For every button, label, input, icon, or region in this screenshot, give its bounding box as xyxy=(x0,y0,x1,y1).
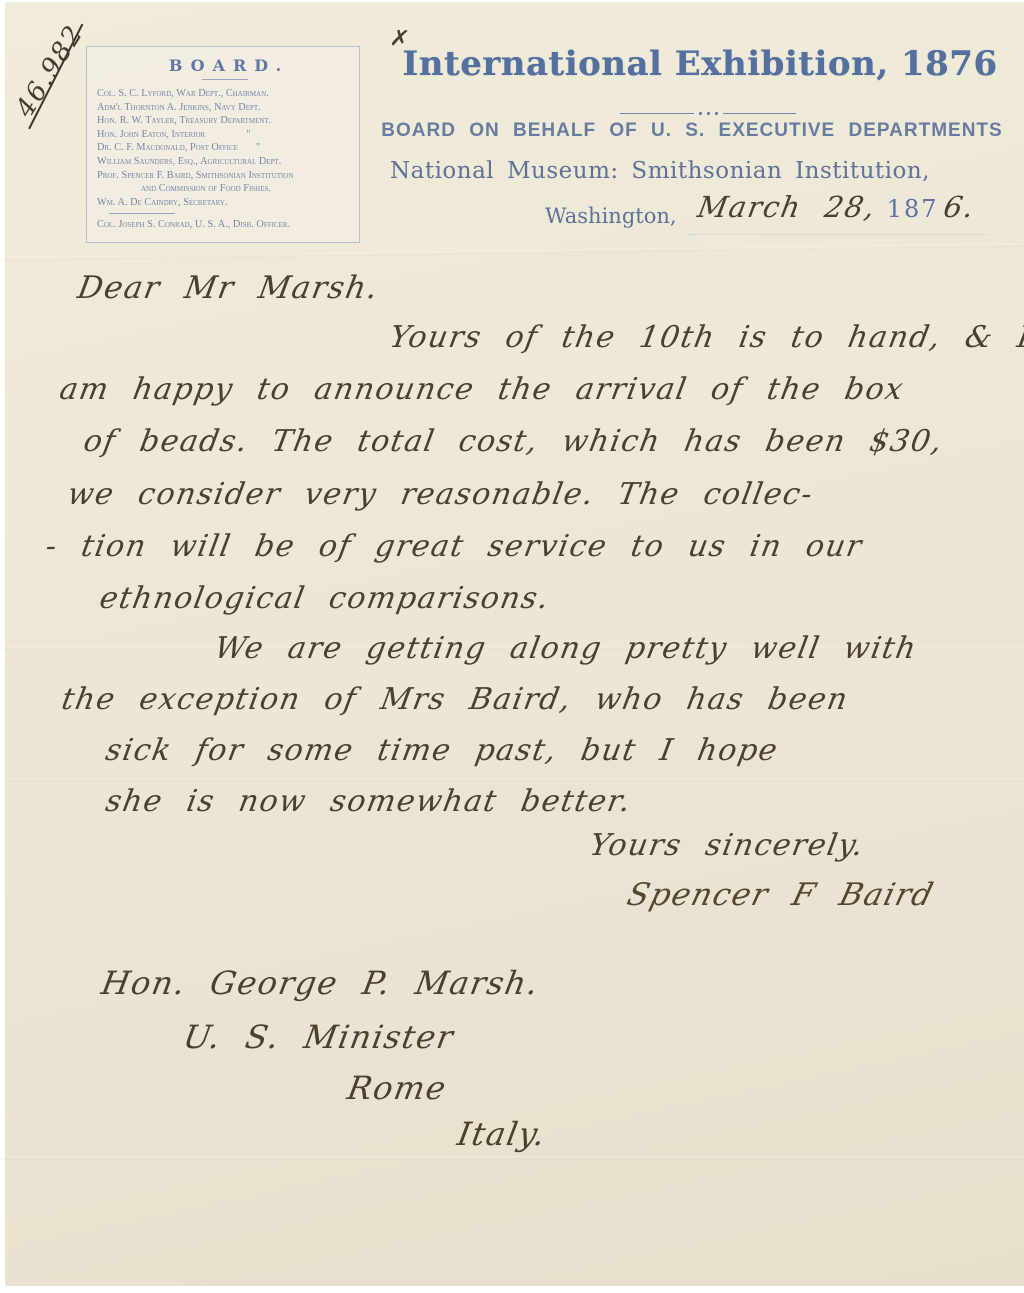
handwritten-year-suffix: 6. xyxy=(941,190,978,224)
board-title-rule xyxy=(202,79,248,80)
rule-segment xyxy=(723,113,797,114)
signature: Spencer F Baird xyxy=(624,877,938,913)
body-line: Yours of the 10th is to hand, & I xyxy=(387,320,1024,355)
board-roster-panel: BOARD. Col. S. C. Lyford, War Dept., Cha… xyxy=(86,46,360,243)
paper-crease xyxy=(0,778,1024,782)
board-member: Col. S. C. Lyford, War Dept., Chairman. xyxy=(97,87,353,101)
body-line: we consider very reasonable. The collec- xyxy=(65,477,816,512)
letterhead-institution: National Museum: Smithsonian Institution… xyxy=(350,158,970,184)
handwritten-date: March 28, xyxy=(695,190,879,224)
board-member: Col. Joseph S. Conrad, U. S. A., Disb. O… xyxy=(97,218,353,232)
body-line: sick for some time past, but I hope xyxy=(103,733,781,768)
board-member: Wm. A. De Caindry, Secretary. xyxy=(97,196,353,210)
paper-crease xyxy=(0,1156,1024,1160)
body-line: ethnological comparisons. xyxy=(97,581,553,616)
body-line: We are getting along pretty well with xyxy=(212,631,920,666)
body-line: am happy to announce the arrival of the … xyxy=(57,372,907,407)
body-line: the exception of Mrs Baird, who has been xyxy=(59,682,851,717)
body-line: she is now somewhat better. xyxy=(103,784,634,819)
rule-dot xyxy=(715,112,718,115)
board-member: Adm'l Thornton A. Jenkins, Navy Dept. xyxy=(97,101,353,115)
board-member: Dr. C. F. Macdonald, Post Office " xyxy=(97,141,353,155)
board-title: BOARD. xyxy=(97,56,353,75)
date-baseline xyxy=(688,234,988,235)
recipient-line: Italy. xyxy=(455,1115,550,1153)
letterhead-title: International Exhibition, 1876 xyxy=(400,44,1000,84)
letterhead-ornament-rule xyxy=(620,112,796,115)
rule-dot xyxy=(699,112,702,115)
recipient-line: U. S. Minister xyxy=(181,1018,458,1056)
board-member-continuation: and Commission of Food Fishes. xyxy=(97,182,353,196)
letter-scan: 46.982 ✗ BOARD. Col. S. C. Lyford, War D… xyxy=(0,0,1024,1293)
printed-year-prefix: 187 xyxy=(887,195,939,223)
body-line: - tion will be of great service to us in… xyxy=(43,529,866,564)
recipient-line: Hon. George P. Marsh. xyxy=(99,964,543,1002)
rule-dot xyxy=(707,112,710,115)
board-divider xyxy=(109,213,175,214)
recipient-line: Rome xyxy=(345,1069,450,1107)
letterhead-place: Washington, xyxy=(545,204,677,228)
letterhead-subtitle: BOARD ON BEHALF OF U. S. EXECUTIVE DEPAR… xyxy=(368,120,1016,142)
rule-segment xyxy=(620,113,694,114)
body-line: of beads. The total cost, which has been… xyxy=(81,424,946,459)
board-member: Prof. Spencer F. Baird, Smithsonian Inst… xyxy=(97,169,353,183)
board-member: William Saunders, Esq., Agricultural Dep… xyxy=(97,155,353,169)
board-member: Hon. R. W. Tayler, Treasury Department. xyxy=(97,114,353,128)
salutation: Dear Mr Marsh. xyxy=(75,270,382,306)
closing: Yours sincerely. xyxy=(587,828,867,863)
board-member: Hon. John Eaton, Interior " xyxy=(97,128,353,142)
date-line: March 28, 187 6. xyxy=(698,190,974,224)
